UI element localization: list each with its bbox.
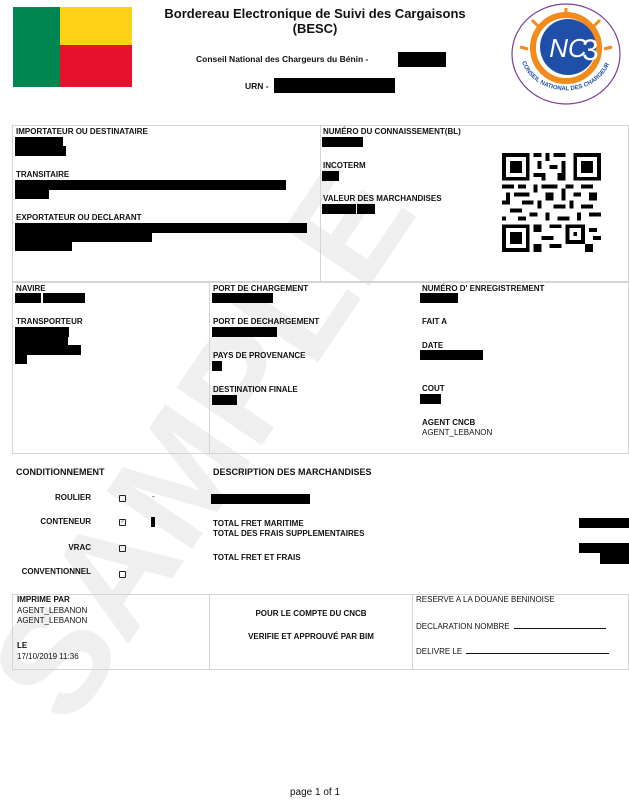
printed-by-value: AGENT_LEBANON — [17, 606, 87, 615]
roulier-checkbox[interactable] — [119, 495, 126, 502]
redacted-goods-description — [211, 494, 310, 504]
customs-reserved-label: RESERVE A LA DOUANE BENINOISE — [416, 595, 555, 604]
issued-on-label: DELIVRE LE — [416, 647, 462, 656]
conteneur-checkbox[interactable]: ✓ — [119, 519, 126, 526]
declaration-number-label: DECLARATION NOMBRE — [416, 622, 510, 631]
importer-label: IMPORTATEUR OU DESTINATAIRE — [16, 127, 148, 136]
packaging-vrac-label: VRAC — [40, 543, 91, 552]
declaration-number-field[interactable] — [514, 620, 606, 629]
agent-cncb-label: AGENT CNCB — [422, 418, 475, 427]
title-line-2: (BESC) — [130, 21, 500, 36]
goods-title: DESCRIPTION DES MARCHANDISES — [213, 467, 372, 477]
council-name: Conseil National des Chargeurs du Bénin … — [196, 54, 368, 64]
divider — [320, 125, 321, 282]
cncb-logo-icon: NC 3 CONSEIL NATIONAL DES CHARGEURS DU B… — [510, 2, 622, 106]
incoterm-label: INCOTERM — [323, 161, 366, 170]
issued-on-row: DELIVRE LE — [416, 645, 609, 656]
declaration-number-row: DECLARATION NOMBRE — [416, 620, 606, 631]
cost-label: COUT — [422, 384, 445, 393]
agent-cncb-value: AGENT_LEBANON — [422, 428, 492, 437]
printed-by-label: IMPRIME PAR — [17, 595, 70, 604]
urn-label: URN - — [245, 81, 269, 91]
loading-port-label: PORT DE CHARGEMENT — [213, 284, 308, 293]
date-label: DATE — [422, 341, 443, 350]
document-title: Bordereau Electronique de Suivi des Carg… — [130, 6, 500, 36]
redacted-exporter — [15, 241, 72, 251]
redacted-vessel — [15, 293, 41, 303]
packaging-roulier-label: ROULIER — [40, 493, 91, 502]
total-sea-freight-label: TOTAL FRET MARITIME — [213, 519, 304, 528]
redacted-goods-value — [322, 204, 356, 214]
packaging-conteneur-label: CONTENEUR — [30, 517, 91, 526]
redacted-container-count — [151, 517, 155, 527]
made-at-label: FAIT A — [422, 317, 447, 326]
redacted-origin-country — [212, 361, 222, 371]
printed-by-value: AGENT_LEBANON — [17, 616, 87, 625]
vessel-label: NAVIRE — [16, 284, 46, 293]
redacted-forwarder — [15, 189, 49, 199]
exporter-label: EXPORTATEUR OU DECLARANT — [16, 213, 141, 222]
benin-flag — [13, 7, 132, 87]
discharge-port-label: PORT DE DECHARGEMENT — [213, 317, 319, 326]
divider — [412, 594, 413, 670]
redacted-loading-port — [212, 293, 273, 303]
flag-yellow-band — [60, 7, 132, 45]
redacted-carrier — [15, 354, 27, 364]
svg-text:3: 3 — [582, 34, 599, 67]
title-line-1: Bordereau Electronique de Suivi des Carg… — [130, 6, 500, 21]
final-destination-label: DESTINATION FINALE — [213, 385, 298, 394]
total-extra-fees-label: TOTAL DES FRAIS SUPPLEMENTAIRES — [213, 529, 364, 538]
redacted-registration-number — [420, 293, 458, 303]
registration-number-label: NUMÉRO D' ENREGISTREMENT — [422, 284, 544, 293]
urn-line: URN - — [245, 81, 269, 91]
packaging-title: CONDITIONNEMENT — [16, 467, 105, 477]
packaging-conventionnel-label: CONVENTIONNEL — [10, 567, 91, 576]
printed-on-label: LE — [17, 641, 27, 650]
page-indicator: page 1 of 1 — [290, 787, 340, 798]
redacted-total-value — [600, 552, 629, 564]
vrac-checkbox[interactable] — [119, 545, 126, 552]
goods-value-label: VALEUR DES MARCHANDISES — [323, 194, 442, 203]
redacted-council-id — [398, 52, 446, 67]
redacted-vessel — [43, 293, 85, 303]
redacted-cost — [420, 394, 441, 404]
flag-green-band — [13, 7, 60, 87]
redacted-urn — [274, 78, 395, 93]
redacted-goods-value — [357, 204, 375, 214]
forwarder-label: TRANSITAIRE — [16, 170, 69, 179]
printed-on-value: 17/10/2019 11:36 — [17, 652, 79, 661]
redacted-final-destination — [212, 395, 237, 405]
conventionnel-checkbox[interactable] — [119, 571, 126, 578]
qr-code-icon — [502, 153, 601, 252]
council-line: Conseil National des Chargeurs du Bénin … — [196, 54, 368, 64]
redacted-incoterm — [322, 171, 339, 181]
redacted-discharge-port — [212, 327, 277, 337]
redacted-sea-freight-value — [579, 518, 629, 528]
divider — [209, 282, 210, 454]
on-behalf-label: POUR LE COMPTE DU CNCB — [210, 609, 412, 618]
issued-on-field[interactable] — [466, 645, 609, 654]
redacted-importer — [15, 146, 66, 156]
verified-label: VERIFIE ET APPROUVÉ PAR BIM — [210, 632, 412, 641]
bl-number-label: NUMÉRO DU CONNAISSEMENT(BL) — [323, 127, 461, 136]
carrier-label: TRANSPORTEUR — [16, 317, 83, 326]
redacted-date — [420, 350, 483, 360]
roulier-extra: - — [152, 492, 155, 501]
transport-section — [12, 282, 629, 454]
redacted-bl-number — [322, 137, 363, 147]
origin-country-label: PAYS DE PROVENANCE — [213, 351, 305, 360]
total-freight-fees-label: TOTAL FRET ET FRAIS — [213, 553, 301, 562]
redacted-forwarder — [15, 180, 286, 190]
flag-red-band — [60, 45, 132, 87]
